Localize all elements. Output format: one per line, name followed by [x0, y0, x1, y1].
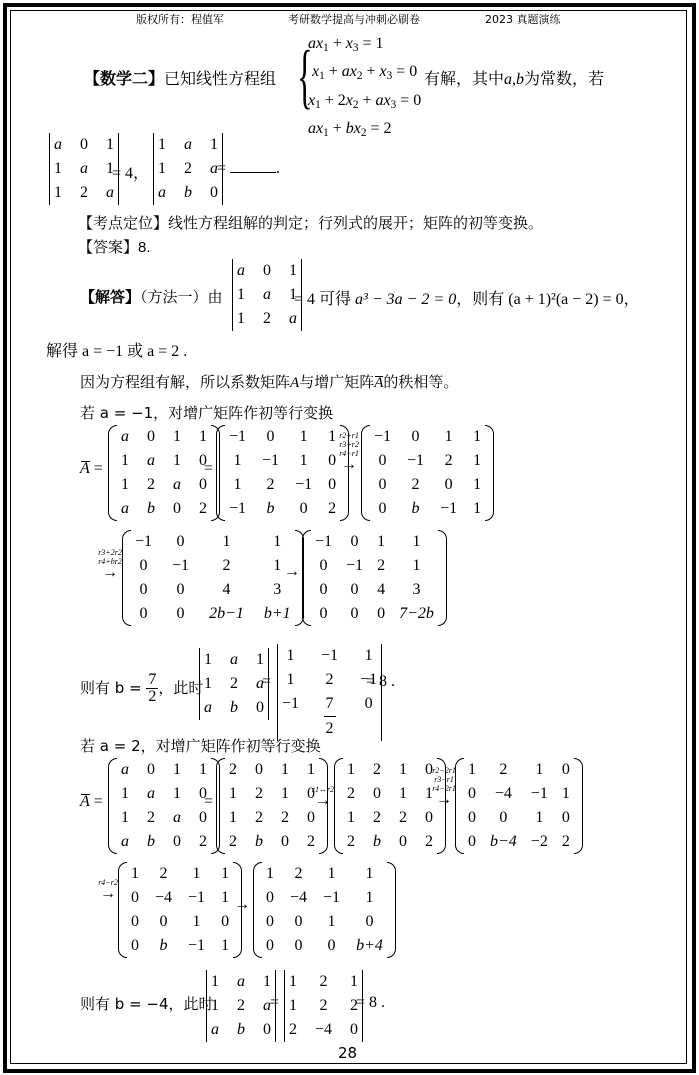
- determinant-given-entries: a01 1a1 12a: [50, 133, 118, 205]
- case2-determinant-b: 121 122 2−40: [284, 970, 363, 1042]
- determinant-given: a01 1a1 12a: [49, 133, 119, 205]
- case1-result: 则有 b = 72，此时: [80, 672, 203, 705]
- equation-3: x1 + 2x2 + ax3 = 0: [308, 89, 421, 117]
- case2-result: 则有 b = −4，此时: [80, 993, 214, 1014]
- case1-matrix-1: −1011 1−110 12−10 −1b02: [216, 425, 349, 521]
- case2-matrix-5: 1211 0−4−11 0010 000b+4: [253, 862, 396, 958]
- solution-method-label: 【解答】（方法一）由: [80, 286, 223, 307]
- header-copyright: 版权所有：程值军: [136, 11, 224, 27]
- case1-determinant-a: 1a1 12a ab0: [199, 648, 269, 720]
- case2-row-op-arrow-3: r4−r2 →: [96, 878, 120, 901]
- case1-determinant-b: 1−11 12−1 −1720: [277, 644, 382, 741]
- answer-line: 【答案】8.: [78, 236, 151, 257]
- case1-intro: 若 a = −1，对增广矩阵作初等行变换: [80, 402, 333, 423]
- answer-blank-line: = .: [217, 160, 280, 178]
- case1-row-op-arrow-1: r2+r1 r3+r2 r4−r1 →: [336, 431, 362, 472]
- cubic-equation-line: = 4 可得 a³ − 3a − 2 = 0，则有 (a + 1)²(a − 2…: [294, 286, 640, 309]
- equation-system: ax1 + x3 = 1 x1 + ax2 + x3 = 0 x1 + 2x2 …: [308, 32, 421, 145]
- key-points: 【考点定位】线性方程组解的判定；行列式的展开；矩阵的初等变换。: [78, 212, 543, 233]
- page-number: 28: [338, 1044, 357, 1062]
- determinant-target: 1a1 12a ab0: [153, 133, 223, 205]
- determinant-given-value: = 4，: [112, 160, 149, 183]
- problem-statement: 【数学二】已知线性方程组: [84, 66, 276, 89]
- problem-condition: 有解，其中a,b为常数，若: [424, 66, 604, 89]
- solved-a-values: 解得 a = −1 或 a = 2 .: [46, 338, 187, 361]
- augmented-matrix-label: A =: [80, 460, 103, 478]
- case2-matrix-3: 1210 0−4−11 0010 0b−4−22: [455, 758, 583, 854]
- equation-4: ax1 + bx2 = 2: [308, 117, 421, 145]
- case2-result-value: = 8 .: [356, 994, 385, 1012]
- case1-result-value: = 8 .: [366, 673, 395, 691]
- case2-row-op-arrow-1: r1↔r2 →: [310, 785, 336, 808]
- case1-row-op-arrow-2: r3+2r2 r4+br2 →: [96, 548, 124, 580]
- determinant-target-entries: 1a1 12a ab0: [154, 133, 222, 205]
- case2-intro: 若 a = 2，对增广矩阵作初等行变换: [80, 735, 321, 756]
- answer-blank: [230, 160, 276, 173]
- case2-arrow-4: →: [234, 896, 250, 914]
- case2-determinant-a: 1a1 12a ab0: [206, 970, 276, 1042]
- rank-reason: 因为方程组有解，所以系数矩阵A与增广矩阵A的秩相等。: [80, 371, 458, 392]
- case1-matrix-4: −1011 0−121 0043 0007−2b: [302, 530, 447, 626]
- header-section: 2023 真题演练: [485, 11, 561, 27]
- problem-tag: 【数学二】: [84, 69, 164, 88]
- case1-matrix-2: −1011 0−121 0201 0b−11: [361, 425, 494, 521]
- determinant-solve: a01 1a1 12a: [232, 259, 302, 331]
- problem-intro: 已知线性方程组: [164, 69, 276, 88]
- case2-matrix-4: 1211 0−4−11 0010 0b−11: [118, 862, 242, 958]
- header-book-title: 考研数学提高与冲刺必刷卷: [288, 11, 420, 27]
- equation-1: ax1 + x3 = 1: [308, 32, 421, 60]
- equation-2: x1 + ax2 + x3 = 0: [308, 60, 421, 88]
- case1-matrix-3: −1011 0−121 0043 002b−1b+1: [122, 530, 304, 626]
- case2-augmented-label: A =: [80, 793, 103, 811]
- case1-arrow-3: →: [284, 563, 300, 581]
